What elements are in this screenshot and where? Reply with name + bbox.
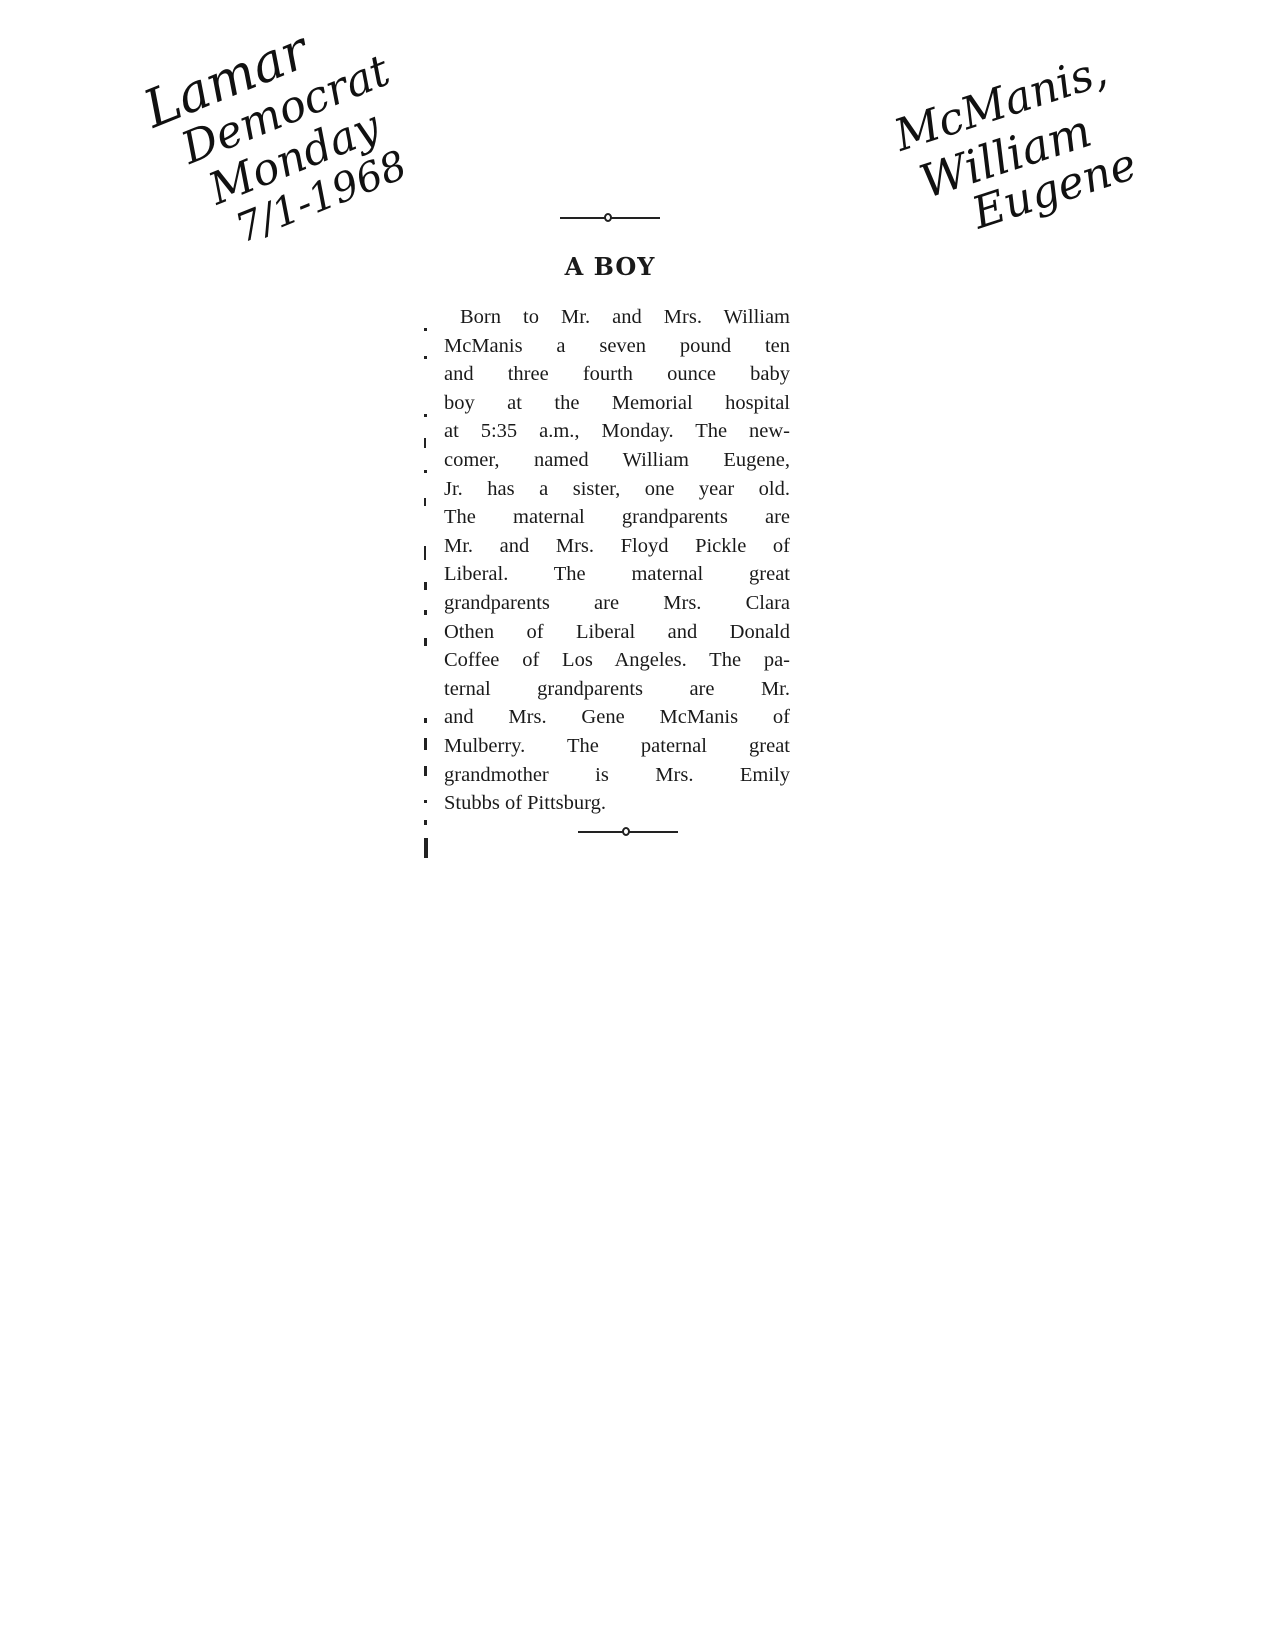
clipping-line: The maternal grandparents are <box>444 503 790 532</box>
clipping-headline: A BOY <box>430 252 790 281</box>
clipping-line: boy at the Memorial hospital <box>444 389 790 418</box>
clipping-line: at 5:35 a.m., Monday. The new- <box>444 417 790 446</box>
handwritten-source-note: Lamar Democrat Monday 7/1-1968 <box>128 0 430 268</box>
clipping-line: grandparents are Mrs. Clara <box>444 589 790 618</box>
clipping-line: Born to Mr. and Mrs. William <box>444 303 790 332</box>
clipping-line: Mulberry. The paternal great <box>444 732 790 761</box>
top-ornament-divider <box>560 212 660 224</box>
clipping-body: Born to Mr. and Mrs. WilliamMcManis a se… <box>444 303 790 818</box>
clipping-line: grandmother is Mrs. Emily <box>444 761 790 790</box>
clipping-line: and Mrs. Gene McManis of <box>444 703 790 732</box>
handwritten-subject-name: McManis, William Eugene <box>880 49 1143 255</box>
clipping-line: ternal grandparents are Mr. <box>444 675 790 704</box>
clipping-line: comer, named William Eugene, <box>444 446 790 475</box>
clipping-line: and three fourth ounce baby <box>444 360 790 389</box>
clipping-line: McManis a seven pound ten <box>444 332 790 361</box>
bottom-ornament-divider <box>578 826 678 838</box>
clipping-line: Liberal. The maternal great <box>444 560 790 589</box>
clipping-line: Coffee of Los Angeles. The pa- <box>444 646 790 675</box>
newspaper-clipping: A BOY Born to Mr. and Mrs. WilliamMcMani… <box>430 212 790 838</box>
clipping-line: Mr. and Mrs. Floyd Pickle of <box>444 532 790 561</box>
clipping-line: Jr. has a sister, one year old. <box>444 475 790 504</box>
clipping-line: Othen of Liberal and Donald <box>444 618 790 647</box>
clipping-line: Stubbs of Pittsburg. <box>444 789 790 818</box>
